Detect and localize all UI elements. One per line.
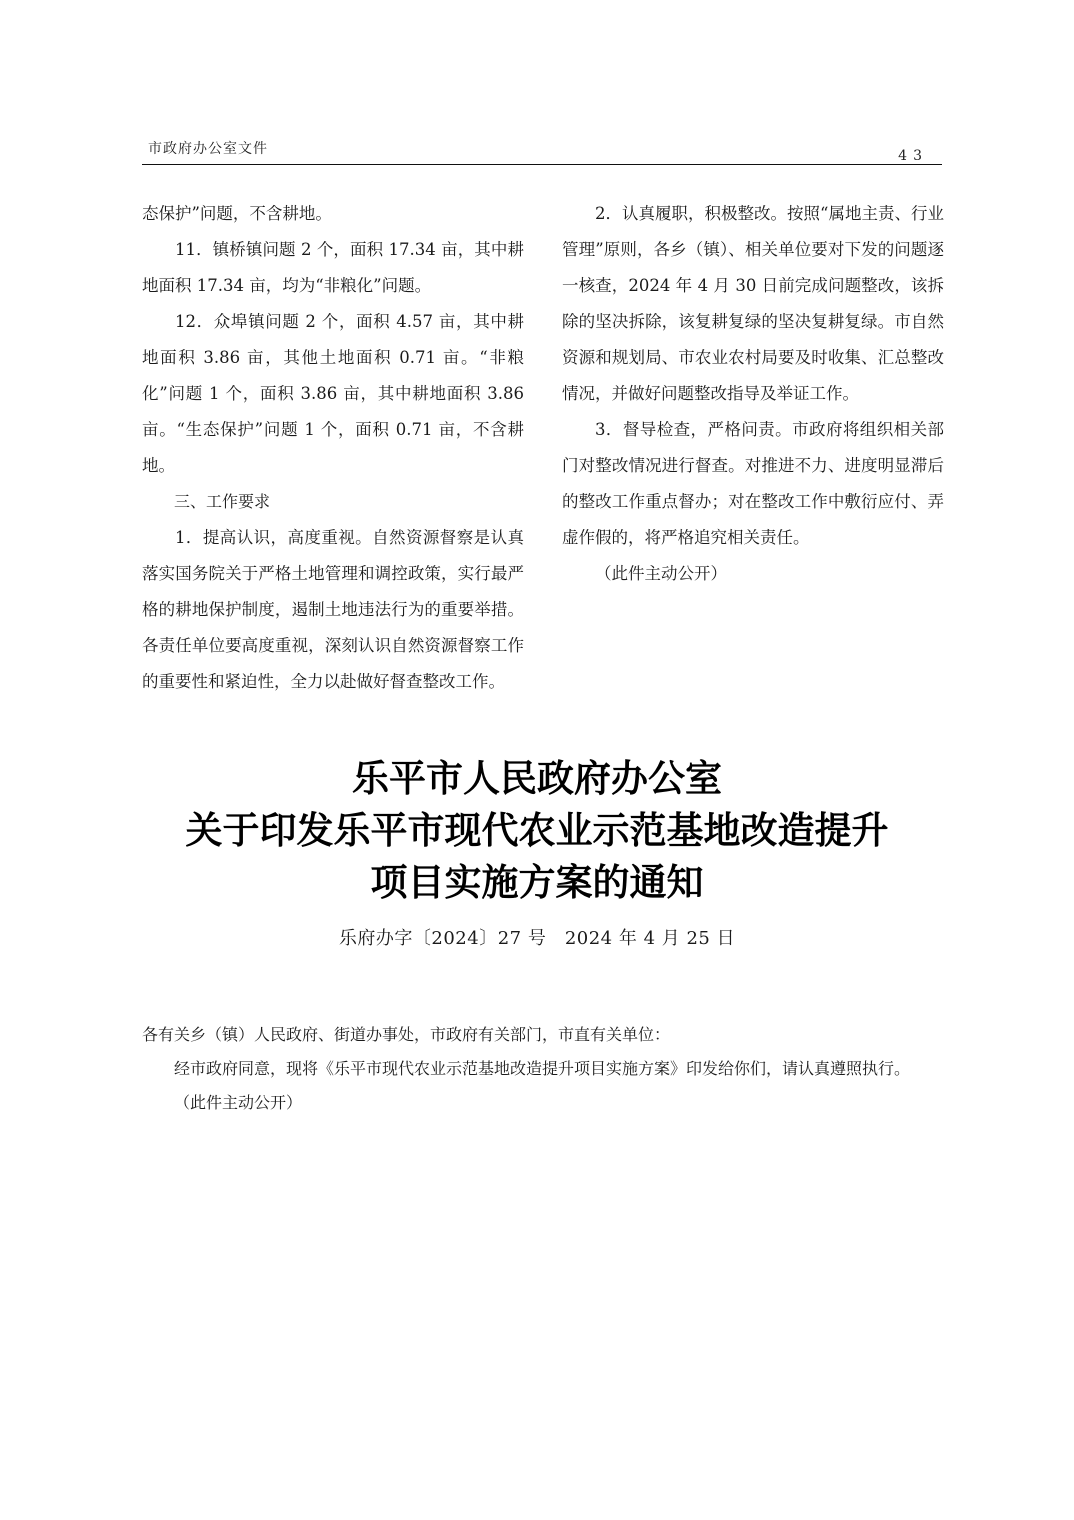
left-column: 态保护”问题，不含耕地。 11．镇桥镇问题 2 个，面积 17.34 亩，其中耕…	[142, 196, 524, 700]
paragraph-requirement-3: 3．督导检查，严格问责。市政府将组织相关部门对整改情况进行督查。对推进不力、进度…	[562, 412, 944, 556]
notice-title-line-2: 关于印发乐平市现代农业示范基地改造提升	[0, 804, 1074, 856]
header-title: 市政府办公室文件	[148, 138, 268, 158]
paragraph-requirement-2: 2．认真履职，积极整改。按照“属地主责、行业管理”原则，各乡（镇）、相关单位要对…	[562, 196, 944, 412]
right-column: 2．认真履职，积极整改。按照“属地主责、行业管理”原则，各乡（镇）、相关单位要对…	[562, 196, 944, 592]
notice-paragraph: 经市政府同意，现将《乐平市现代农业示范基地改造提升项目实施方案》印发给你们，请认…	[142, 1052, 952, 1086]
page-header: 市政府办公室文件 43	[142, 136, 942, 166]
paragraph-item-11: 11．镇桥镇问题 2 个，面积 17.34 亩，其中耕地面积 17.34 亩，均…	[142, 232, 524, 304]
header-divider	[142, 164, 942, 165]
notice-title: 乐平市人民政府办公室 关于印发乐平市现代农业示范基地改造提升 项目实施方案的通知	[0, 752, 1074, 908]
notice-title-line-3: 项目实施方案的通知	[0, 856, 1074, 908]
page-number: 43	[898, 148, 928, 164]
paragraph-continuation: 态保护”问题，不含耕地。	[142, 196, 524, 232]
paragraph-item-12: 12．众埠镇问题 2 个，面积 4.57 亩，其中耕地面积 3.86 亩，其他土…	[142, 304, 524, 484]
section-heading: 三、工作要求	[142, 484, 524, 520]
notice-title-line-1: 乐平市人民政府办公室	[0, 752, 1074, 804]
notice-disclosure: （此件主动公开）	[142, 1086, 952, 1120]
document-number: 乐府办字〔2024〕27 号 2024 年 4 月 25 日	[0, 924, 1074, 950]
notice-body: 各有关乡（镇）人民政府、街道办事处，市政府有关部门，市直有关单位： 经市政府同意…	[142, 1018, 952, 1120]
addressee: 各有关乡（镇）人民政府、街道办事处，市政府有关部门，市直有关单位：	[142, 1018, 952, 1052]
paragraph-requirement-1: 1．提高认识，高度重视。自然资源督察是认真落实国务院关于严格土地管理和调控政策，…	[142, 520, 524, 700]
disclosure-note: （此件主动公开）	[562, 556, 944, 592]
